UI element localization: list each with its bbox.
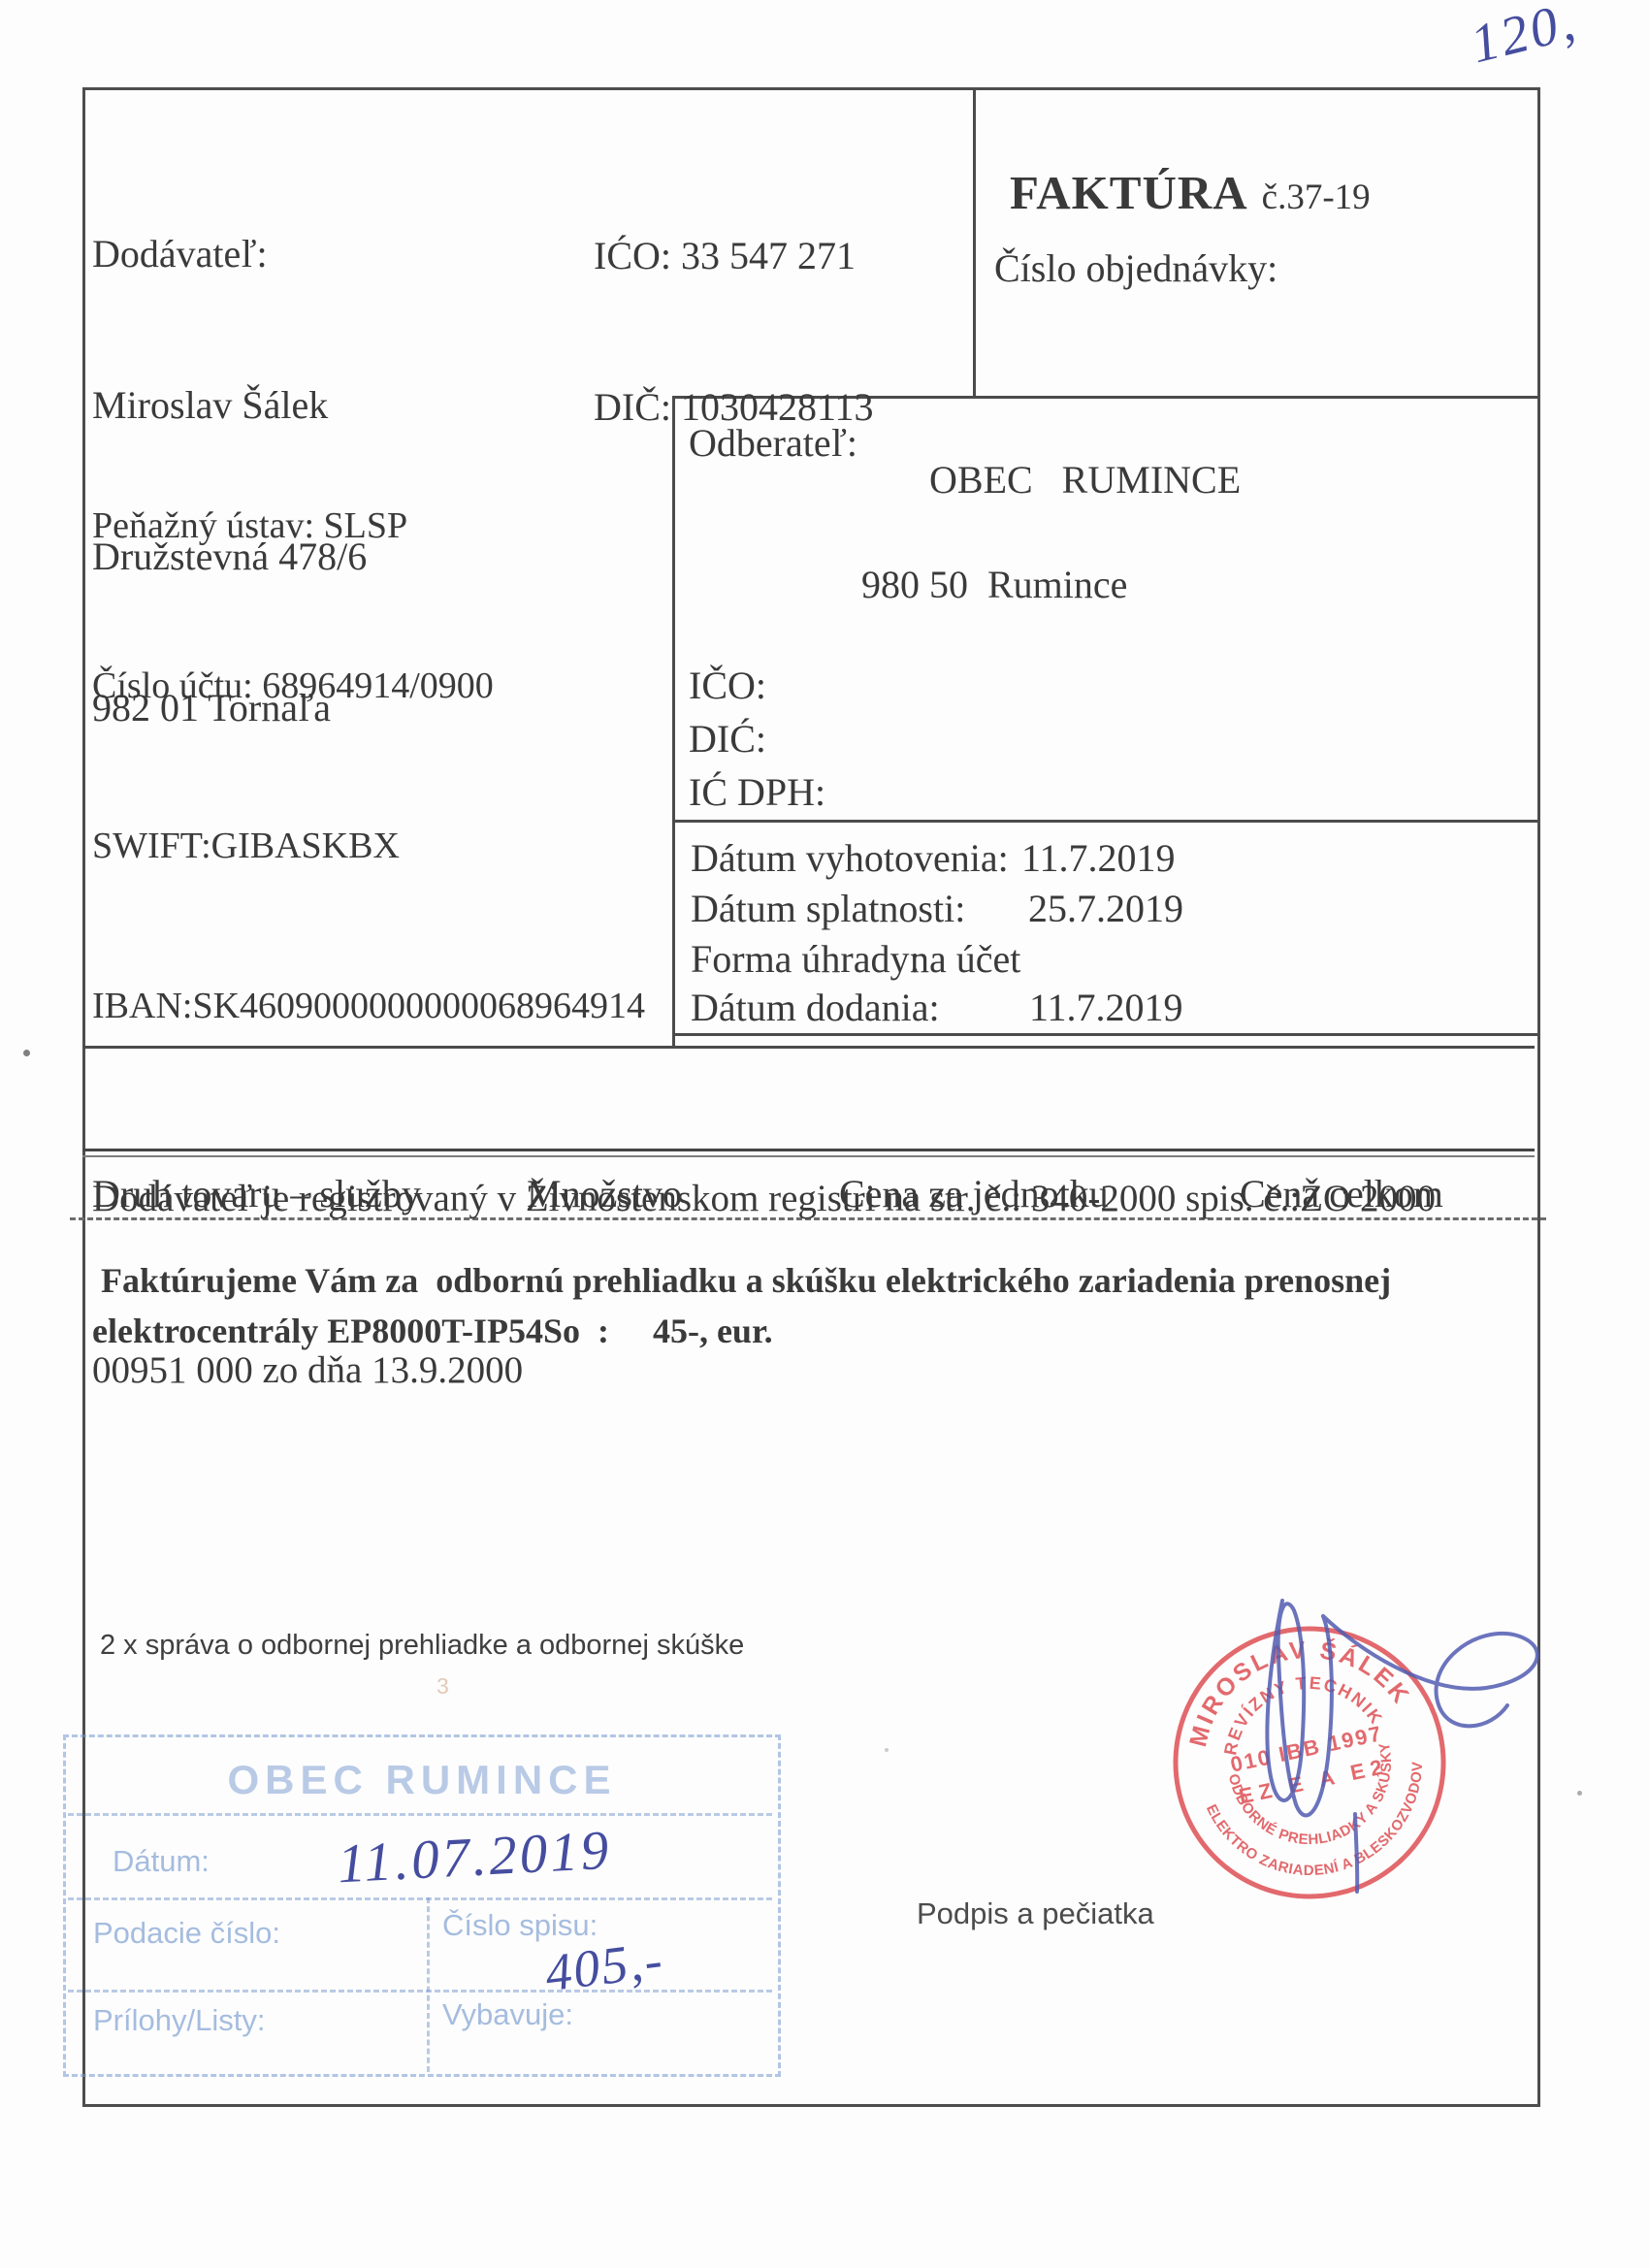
bank-iban: IBAN:SK4609000000000068964914 [92, 980, 645, 1033]
received-stamp-file-label: Číslo spisu: [442, 1908, 598, 1943]
received-stamp-title: OBEC RUMINCE [66, 1757, 778, 1803]
invoice-body-line1: Faktúrujeme Vám za odbornú prehliadku a … [92, 1259, 1391, 1303]
scan-speck-left [23, 1050, 30, 1056]
customer-ico-label: IČO: [689, 662, 766, 710]
received-stamp-divider-3 [68, 1990, 772, 1993]
signature-stroke-tail [1355, 1814, 1357, 1892]
date-due-value: 25.7.2019 [1028, 885, 1183, 933]
scan-speck-right [1577, 1791, 1582, 1796]
bank-account: Číslo účtu: 68964914/0900 [92, 660, 645, 713]
supplier-label: Dodávateľ: [92, 229, 367, 279]
order-number-label: Číslo objednávky: [994, 244, 1277, 293]
bank-block: Peňažný ústav: SLSP Číslo účtu: 68964914… [92, 393, 645, 1140]
customer-icdph-label: IĆ DPH: [689, 768, 825, 817]
date-issued-label: Dátum vyhotovenia: [691, 834, 1009, 883]
scan-artifact-mark: 3 [436, 1672, 449, 1701]
handwritten-corner-number: 120, [1465, 0, 1583, 76]
customer-city: 980 50 Rumince [861, 561, 1127, 609]
payment-form-label: Forma úhrady: [691, 935, 921, 984]
received-stamp-attachments-label: Prílohy/Listy: [93, 2003, 265, 2038]
bank-institution: Peňažný ústav: SLSP [92, 500, 645, 553]
supplier-ico: IĆO: 33 547 271 [594, 231, 874, 281]
col-header-quantity: Množstvo [527, 1170, 682, 1218]
received-stamp-divider-1 [68, 1813, 772, 1816]
customer-dic-label: DIĆ: [689, 715, 766, 763]
scan-speck-middle [885, 1748, 889, 1752]
divider-vertical-title-cell [973, 89, 976, 398]
dates-box-top-line [672, 820, 1537, 823]
attachments-note: 2 x správa o odbornej prehliadke a odbor… [100, 1628, 744, 1663]
payment-form-value: na účet [910, 935, 1020, 984]
col-header-total-price: Cena celkom [1240, 1170, 1443, 1218]
date-delivery-label: Dátum dodania: [691, 984, 940, 1032]
date-issued-value: 11.7.2019 [1021, 834, 1176, 883]
bank-swift: SWIFT:GIBASKBX [92, 820, 645, 873]
received-stamp-divider-2 [68, 1897, 772, 1900]
invoice-title-row: FAKTÚRAč.37-19 [994, 144, 1371, 242]
received-stamp-date-label: Dátum: [113, 1844, 210, 1879]
scanned-invoice-page: 120, Dodávateľ: Miroslav Šálek Družstevn… [0, 0, 1649, 2268]
customer-label: Odberateľ: [689, 419, 857, 468]
col-header-unit-price: Cena za jednotku [839, 1170, 1109, 1218]
col-header-item: Druh tovaru – služby [92, 1170, 421, 1218]
invoice-title: FAKTÚRA [1010, 166, 1248, 219]
invoice-number: č.37-19 [1248, 178, 1371, 217]
date-due-label: Dátum splatnosti: [691, 885, 965, 933]
date-delivery-value: 11.7.2019 [1029, 984, 1183, 1032]
received-stamp-filing-label: Podacie číslo: [93, 1916, 280, 1951]
signature-stroke-loops [1267, 1601, 1331, 1815]
signature-stroke-sweep [1323, 1616, 1537, 1726]
invoice-body-line2: elektrocentrály EP8000T-IP54So : 45-, eu… [92, 1310, 773, 1353]
customer-name: OBEC RUMINCE [929, 456, 1241, 504]
received-stamp-box: OBEC RUMINCE Dátum: Podacie číslo: Číslo… [63, 1734, 781, 2077]
dates-box-bottom-line [672, 1033, 1537, 1036]
signature-scrawl [1115, 1550, 1571, 1919]
received-stamp-divider-vertical [427, 1897, 430, 2072]
